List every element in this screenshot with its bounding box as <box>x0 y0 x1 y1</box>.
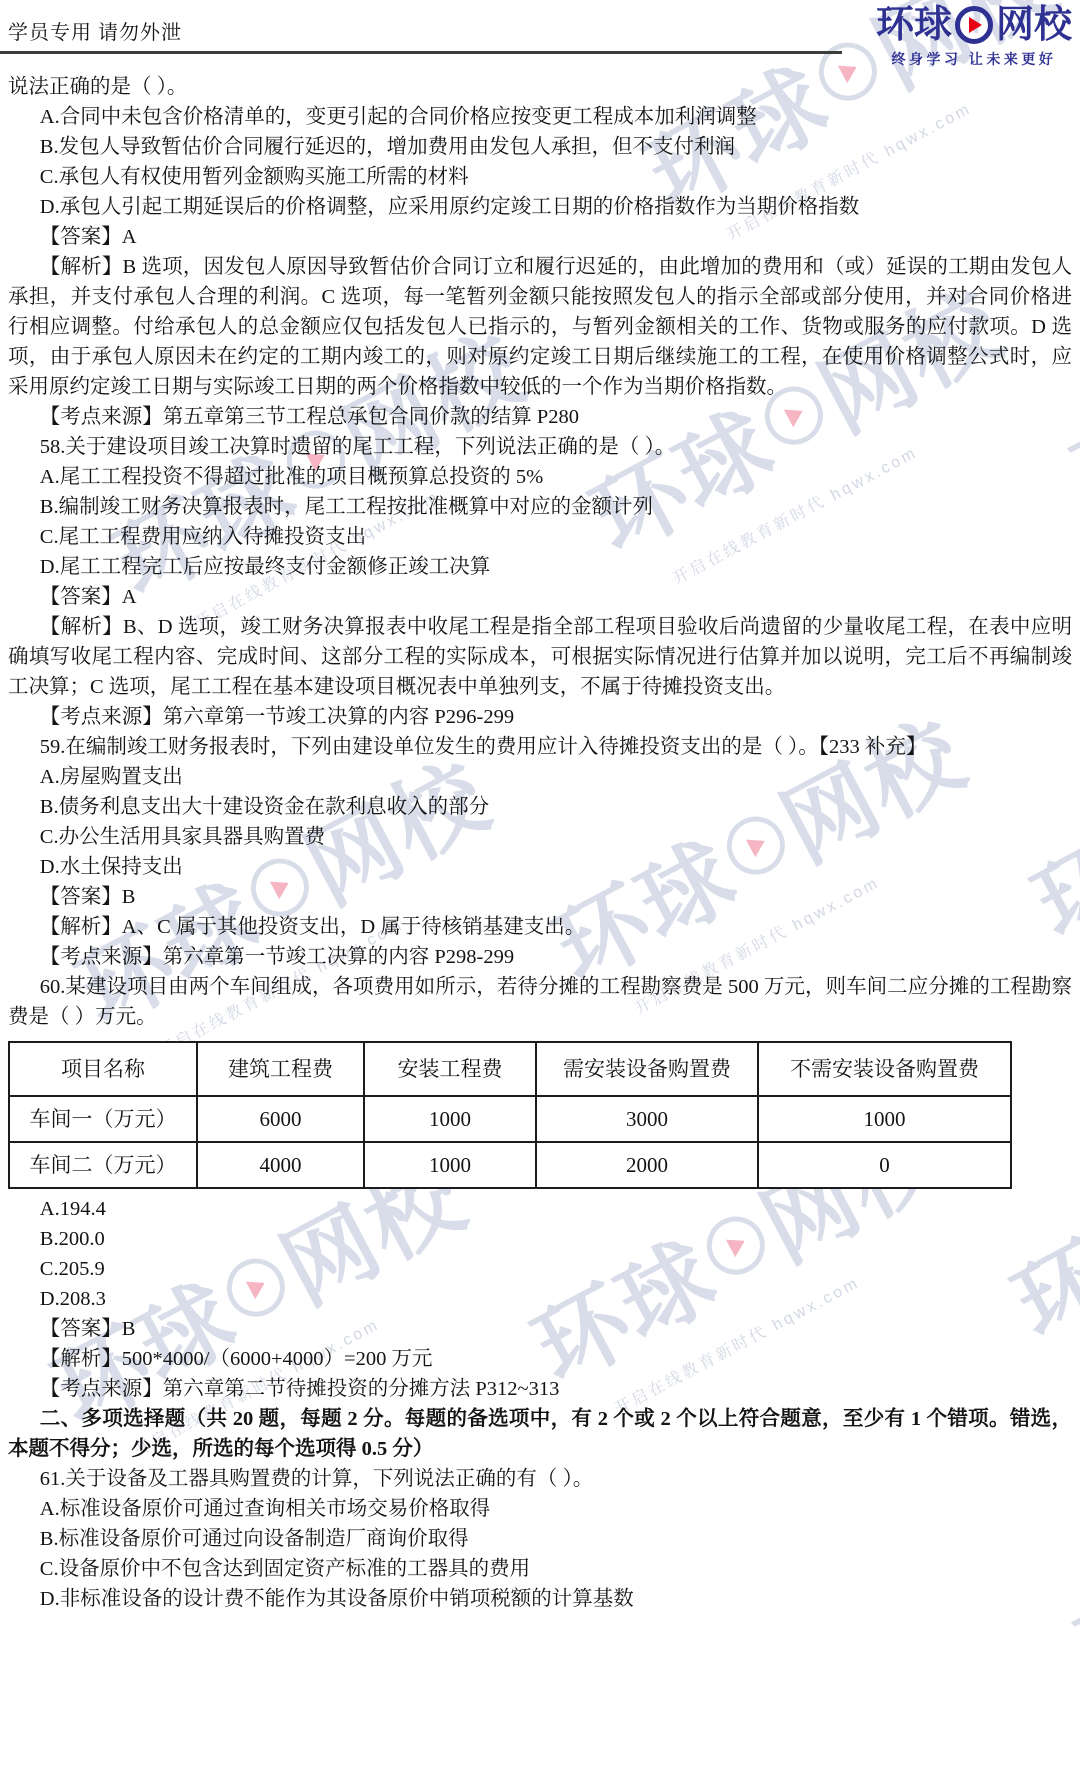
brand-tagline: 终身学习 让未来更好 <box>876 49 1072 69</box>
paragraph-24: 【考点来源】第六章第一节竣工决算的内容 P298-299 <box>8 942 1072 972</box>
table-cell: 1000 <box>364 1096 536 1142</box>
paragraph-11: B.编制竣工财务决算报表时，尾工工程按批准概算中对应的金额计列 <box>8 492 1072 522</box>
paragraph-3: B.发包人导致暂估价合同履行延迟的，增加费用由发包人承担，但不支付利润 <box>8 132 1072 162</box>
paragraph-30: D.208.3 <box>8 1284 1072 1314</box>
brand-logo-text: 环球 网校 <box>876 6 1072 44</box>
table-header-cell: 建筑工程费 <box>197 1042 364 1096</box>
table-cell: 车间一（万元） <box>9 1096 197 1142</box>
paragraph-35: 61.关于设备及工器具购置费的计算，下列说法正确的有（ ）。 <box>8 1464 1072 1494</box>
paragraph-28: B.200.0 <box>8 1224 1072 1254</box>
paragraph-1: 说法正确的是（ ）。 <box>8 72 1072 102</box>
table-header-cell: 需安装设备购置费 <box>536 1042 758 1096</box>
table-header-cell: 安装工程费 <box>364 1042 536 1096</box>
paragraph-37: B.标准设备原价可通过向设备制造厂商询价取得 <box>8 1524 1072 1554</box>
paragraph-31: 【答案】B <box>8 1314 1072 1344</box>
table-cell: 车间二（万元） <box>9 1142 197 1188</box>
paragraph-2: A.合同中未包含价格清单的，变更引起的合同价格应按变更工程成本加利润调整 <box>8 102 1072 132</box>
paragraph-36: A.标准设备原价可通过查询相关市场交易价格取得 <box>8 1494 1072 1524</box>
paragraph-27: A.194.4 <box>8 1194 1072 1224</box>
paragraph-10: A.尾工工程投资不得超过批准的项目概预算总投资的 5% <box>8 462 1072 492</box>
cost-table: 项目名称建筑工程费安装工程费需安装设备购置费不需安装设备购置费车间一（万元）60… <box>8 1041 1012 1189</box>
document-page: 环球网校开启在线教育新时代 hqwx.com环球网校开启在线教育新时代 hqwx… <box>0 0 1080 1784</box>
table-cell: 2000 <box>536 1142 758 1188</box>
play-circle-icon <box>955 6 993 44</box>
paragraph-5: D.承包人引起工期延误后的价格调整，应采用原约定竣工日期的价格指数作为当期价格指… <box>8 192 1072 222</box>
table-cell: 6000 <box>197 1096 364 1142</box>
paragraph-21: D.水土保持支出 <box>8 852 1072 882</box>
confidential-label: 学员专用 请勿外泄 <box>8 16 182 45</box>
paragraph-7: 【解析】B 选项，因发包人原因导致暂估价合同订立和履行迟延的，由此增加的费用和（… <box>8 252 1072 402</box>
paragraph-15: 【解析】B、D 选项，竣工财务决算报表中收尾工程是指全部工程项目验收后尚遗留的少… <box>8 612 1072 702</box>
paragraph-13: D.尾工工程完工后应按最终支付金额修正竣工决算 <box>8 552 1072 582</box>
paragraph-38: C.设备原价中不包含达到固定资产标准的工器具的费用 <box>8 1554 1072 1584</box>
paragraph-17: 59.在编制竣工财务报表时，下列由建设单位发生的费用应计入待摊投资支出的是（ ）… <box>8 732 1072 762</box>
paragraph-14: 【答案】A <box>8 582 1072 612</box>
table-cell: 3000 <box>536 1096 758 1142</box>
paragraph-39: D.非标准设备的设计费不能作为其设备原价中销项税额的计算基数 <box>8 1584 1072 1614</box>
paragraph-18: A.房屋购置支出 <box>8 762 1072 792</box>
paragraph-23: 【解析】A、C 属于其他投资支出，D 属于待核销基建支出。 <box>8 912 1072 942</box>
paragraph-25: 60.某建设项目由两个车间组成，各项费用如所示，若待分摊的工程勘察费是 500 … <box>8 972 1072 1032</box>
brand-logo-part2: 网校 <box>996 6 1072 44</box>
table-cell: 4000 <box>197 1142 364 1188</box>
brand-logo: 环球 网校 终身学习 让未来更好 <box>876 6 1072 69</box>
table-row: 车间二（万元）4000100020000 <box>9 1142 1011 1188</box>
paragraph-19: B.债务利息支出大十建设资金在款利息收入的部分 <box>8 792 1072 822</box>
brand-logo-part1: 环球 <box>876 6 952 44</box>
paragraph-22: 【答案】B <box>8 882 1072 912</box>
document-body: 说法正确的是（ ）。A.合同中未包含价格清单的，变更引起的合同价格应按变更工程成… <box>8 72 1072 1614</box>
paragraph-4: C.承包人有权使用暂列金额购买施工所需的材料 <box>8 162 1072 192</box>
table-header-cell: 不需安装设备购置费 <box>758 1042 1011 1096</box>
paragraph-6: 【答案】A <box>8 222 1072 252</box>
table-cell: 0 <box>758 1142 1011 1188</box>
header-divider <box>0 51 842 54</box>
table-cell: 1000 <box>758 1096 1011 1142</box>
paragraph-33: 【考点来源】第六章第二节待摊投资的分摊方法 P312~313 <box>8 1374 1072 1404</box>
paragraph-9: 58.关于建设项目竣工决算时遗留的尾工工程，下列说法正确的是（ ）。 <box>8 432 1072 462</box>
table-row: 车间一（万元）6000100030001000 <box>9 1096 1011 1142</box>
table-cell: 1000 <box>364 1142 536 1188</box>
paragraph-34: 二、多项选择题（共 20 题，每题 2 分。每题的备选项中，有 2 个或 2 个… <box>8 1404 1072 1464</box>
paragraph-32: 【解析】500*4000/（6000+4000）=200 万元 <box>8 1344 1072 1374</box>
paragraph-12: C.尾工工程费用应纳入待摊投资支出 <box>8 522 1072 552</box>
play-triangle-icon <box>969 17 982 33</box>
paragraph-8: 【考点来源】第五章第三节工程总承包合同价款的结算 P280 <box>8 402 1072 432</box>
table-header-row: 项目名称建筑工程费安装工程费需安装设备购置费不需安装设备购置费 <box>9 1042 1011 1096</box>
table-header-cell: 项目名称 <box>9 1042 197 1096</box>
paragraph-20: C.办公生活用具家具器具购置费 <box>8 822 1072 852</box>
paragraph-29: C.205.9 <box>8 1254 1072 1284</box>
paragraph-16: 【考点来源】第六章第一节竣工决算的内容 P296-299 <box>8 702 1072 732</box>
